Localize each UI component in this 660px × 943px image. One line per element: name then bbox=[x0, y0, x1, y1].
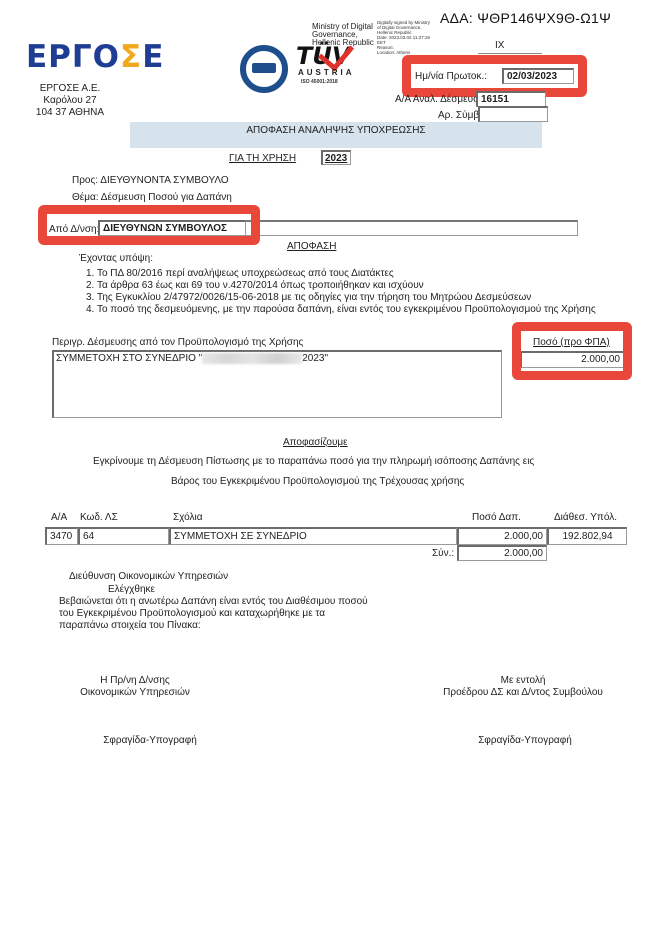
cell-aa: 3470 bbox=[45, 527, 78, 545]
signature-role: Η Πρ/νη Δ/νσης bbox=[70, 675, 200, 687]
ministry-label: Ministry of Digital Governance, Hellenic… bbox=[312, 23, 374, 47]
finance-line: Βεβαιώνεται ότι η ανωτέρω Δαπάνη είναι ε… bbox=[59, 596, 368, 608]
highlight-from-department bbox=[38, 205, 260, 245]
logo-tail: Ε bbox=[142, 39, 164, 75]
col-header-available: Διάθεσ. Υπόλ. bbox=[554, 512, 617, 523]
subject: Θέμα: Δέσμευση Ποσού για Δαπάνη bbox=[72, 192, 232, 203]
document-title: ΑΠΟΦΑΣΗ ΑΝΑΛΗΨΗΣ ΥΠΟΧΡΕΩΣΗΣ bbox=[130, 122, 542, 148]
ix-divider bbox=[478, 53, 542, 54]
commitment-no-field[interactable]: 16151 bbox=[476, 91, 546, 107]
signature-role: Με εντολή bbox=[428, 675, 618, 687]
col-header-comments: Σχόλια bbox=[173, 512, 203, 523]
stamp-signature-right: Σφραγίδα-Υπογραφή bbox=[455, 735, 595, 747]
total-label: Σύν.: bbox=[432, 548, 454, 559]
col-header-amount: Ποσό Δαπ. bbox=[472, 512, 521, 523]
fiscal-year-field[interactable]: 2023 bbox=[321, 150, 351, 165]
company-address: ΕΡΓΟΣΕ Α.Ε. Καρόλου 27 104 37 ΑΘΗΝΑ bbox=[30, 83, 110, 119]
decision-heading: ΑΠΟΦΑΣΗ bbox=[287, 241, 336, 252]
contract-no-field[interactable] bbox=[478, 106, 548, 122]
cell-comments: ΣΥΜΜΕΤΟΧΗ ΣΕ ΣΥΝΕΔΡΙΟ bbox=[169, 527, 457, 545]
approval-line-1: Εγκρίνουμε τη Δέσμευση Πίστωσης με το πα… bbox=[93, 456, 534, 467]
total-field: 2.000,00 bbox=[457, 545, 547, 561]
commitment-description-field[interactable]: ΣΥΜΜΕΤΟΧΗ ΣΤΟ ΣΥΝΕΔΡΙΟ "2023" bbox=[52, 350, 502, 418]
company-name: ΕΡΓΟΣΕ Α.Ε. bbox=[30, 83, 110, 95]
legal-basis-item: 2. Τα άρθρα 63 έως και 69 του ν.4270/201… bbox=[86, 280, 596, 292]
ix-label: ΙΧ bbox=[495, 40, 504, 51]
company-city: 104 37 ΑΘΗΝΑ bbox=[30, 107, 110, 119]
ada-number: ΑΔΑ: ΨΘΡ146ΨΧ9Θ-Ω1Ψ bbox=[440, 10, 611, 26]
tuv-austria: AUSTRIA bbox=[298, 68, 355, 77]
approval-line-2: Βάρος του Εγκεκριμένου Προϋπολογισμού τη… bbox=[171, 476, 464, 487]
signature-left: Η Πρ/νη Δ/νσης Οικονομικών Υπηρεσιών bbox=[70, 675, 200, 699]
certification-seal-icon bbox=[240, 45, 288, 93]
legal-basis-item: 3. Της Εγκυκλίου 2/47972/0026/15-06-2018… bbox=[86, 292, 596, 304]
ministry-line: Hellenic Republic bbox=[312, 39, 374, 47]
digital-signature: Digitally signed by Ministry of Digital … bbox=[377, 20, 457, 55]
iso-label: ISO 45001:2018 bbox=[301, 79, 338, 85]
considering-label: Έχοντας υπόψη: bbox=[79, 253, 153, 264]
description-prefix: ΣΥΜΜΕΤΟΧΗ ΣΤΟ ΣΥΝΕΔΡΙΟ " bbox=[56, 353, 202, 364]
finance-line: παραπάνω στοιχεία του Πίνακα: bbox=[59, 620, 368, 632]
logo-letters: ΕΡΓΟ bbox=[26, 39, 120, 75]
cell-code: 64 bbox=[78, 527, 169, 545]
signature-right: Με εντολή Προέδρου ΔΣ και Δ/ντος Συμβούλ… bbox=[428, 675, 618, 699]
signature-role: Προέδρου ΔΣ και Δ/ντος Συμβούλου bbox=[428, 687, 618, 699]
finance-line: του Εγκεκριμένου Προϋπολογισμού και κατα… bbox=[59, 608, 368, 620]
signature-role: Οικονομικών Υπηρεσιών bbox=[70, 687, 200, 699]
finance-checked: Ελέγχθηκε bbox=[108, 584, 155, 595]
redacted-text bbox=[202, 353, 302, 364]
legal-basis-list: 1. Το ΠΔ 80/2016 περί αναλήψεως υποχρεώσ… bbox=[86, 268, 596, 316]
commitment-description-label: Περιγρ. Δέσμευσης από τον Προϋπολογισμό … bbox=[52, 337, 303, 348]
description-suffix: 2023" bbox=[302, 353, 328, 364]
fiscal-year-label: ΓΙΑ ΤΗ ΧΡΗΣΗ bbox=[229, 153, 296, 164]
recipient-to: Προς: ΔΙΕΥΘΥΝΟΝΤΑ ΣΥΜΒΟΥΛΟ bbox=[72, 175, 229, 186]
approval-heading: Αποφασίζουμε bbox=[283, 437, 348, 448]
company-street: Καρόλου 27 bbox=[30, 95, 110, 107]
legal-basis-item: 4. Το ποσό της δεσμευόμενης, με την παρο… bbox=[86, 304, 596, 316]
ergose-logo: ΕΡΓΟΣΕ bbox=[26, 40, 164, 74]
logo-accent: Σ bbox=[120, 39, 142, 75]
highlight-amount bbox=[512, 322, 632, 380]
stamp-signature-left: Σφραγίδα-Υπογραφή bbox=[80, 735, 220, 747]
finance-statement: Βεβαιώνεται ότι η ανωτέρω Δαπάνη είναι ε… bbox=[59, 596, 368, 632]
col-header-aa: Α/Α bbox=[51, 512, 67, 523]
legal-basis-item: 1. Το ΠΔ 80/2016 περί αναλήψεως υποχρεώσ… bbox=[86, 268, 596, 280]
finance-dept: Διεύθυνση Οικονομικών Υπηρεσιών bbox=[69, 571, 228, 582]
cell-amount: 2.000,00 bbox=[457, 527, 547, 545]
cell-available: 192.802,94 bbox=[547, 527, 627, 545]
col-header-code: Κωδ. ΛΣ bbox=[80, 512, 118, 523]
